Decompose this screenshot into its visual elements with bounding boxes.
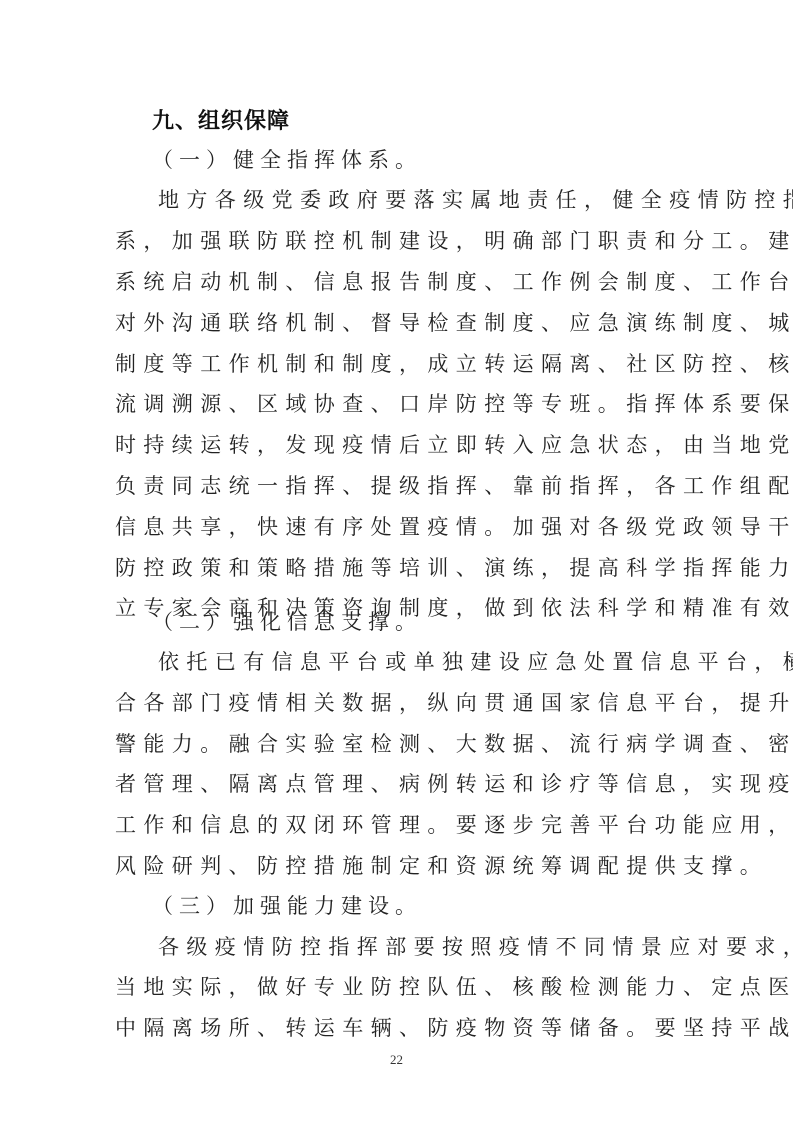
paragraph-line: 依托已有信息平台或单独建设应急处置信息平台，横向整 (158, 648, 738, 676)
subsection-heading-1: （一）健全指挥体系。 (152, 146, 732, 174)
paragraph-line: 流调溯源、区域协查、口岸防控等专班。指挥体系要保持24小 (115, 390, 695, 418)
paragraph-line: 各级疫情防控指挥部要按照疫情不同情景应对要求，结合 (158, 933, 738, 961)
paragraph-line: 当地实际，做好专业防控队伍、核酸检测能力、定点医院、集 (115, 973, 695, 1001)
paragraph-line: 对外沟通联络机制、督导检查制度、应急演练制度、城市支援 (115, 309, 695, 337)
subsection-heading-2: （二）强化信息支撑。 (152, 608, 732, 636)
paragraph-line: 者管理、隔离点管理、病例转运和诊疗等信息，实现疫情防控 (115, 770, 695, 798)
paragraph-line: 合各部门疫情相关数据，纵向贯通国家信息平台，提升监测预 (115, 689, 695, 717)
paragraph-line: 警能力。融合实验室检测、大数据、流行病学调查、密切接触 (115, 730, 695, 758)
paragraph-line: 工作和信息的双闭环管理。要逐步完善平台功能应用，为疫情 (115, 811, 695, 839)
paragraph-line: 负责同志统一指挥、提级指挥、靠前指挥，各工作组配合协作、 (115, 472, 695, 500)
document-page: 九、组织保障 （一）健全指挥体系。 地方各级党委政府要落实属地责任，健全疫情防控… (0, 0, 793, 1122)
paragraph-line: 信息共享，快速有序处置疫情。加强对各级党政领导干部疫情 (115, 513, 695, 541)
section-title: 九、组织保障 (152, 108, 732, 136)
paragraph-line: 风险研判、防控措施制定和资源统筹调配提供支撑。 (115, 852, 695, 880)
paragraph-line: 地方各级党委政府要落实属地责任，健全疫情防控指挥体 (158, 186, 738, 214)
paragraph-line: 系，加强联防联控机制建设，明确部门职责和分工。建立指挥 (115, 227, 695, 255)
paragraph-line: 防控政策和策略措施等培训、演练，提高科学指挥能力。要建 (115, 554, 695, 582)
paragraph-line: 时持续运转，发现疫情后立即转入应急状态，由当地党政主要 (115, 431, 695, 459)
paragraph-line: 制度等工作机制和制度，成立转运隔离、社区防控、核酸检测、 (115, 350, 695, 378)
page-number: 22 (0, 1052, 793, 1068)
paragraph-line: 中隔离场所、转运车辆、防疫物资等储备。要坚持平战结合的 (115, 1014, 695, 1042)
subsection-heading-3: （三）加强能力建设。 (152, 892, 732, 920)
paragraph-line: 系统启动机制、信息报告制度、工作例会制度、工作台账制度、 (115, 268, 695, 296)
